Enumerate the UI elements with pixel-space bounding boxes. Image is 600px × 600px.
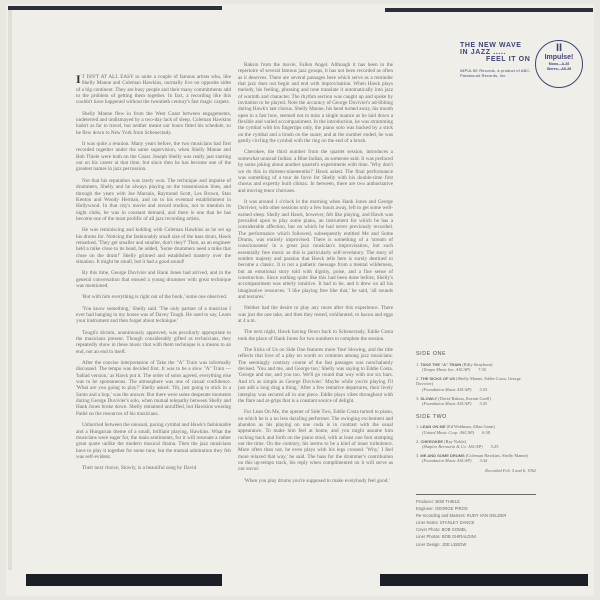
liner-paragraph: The Sicks of Us on Side One features mor…: [238, 347, 393, 404]
liner-paragraph: It was around 1 o'clock in the morning w…: [238, 199, 393, 301]
liner-paragraph: Raksin from the movie, Fallen Angel. Alt…: [238, 62, 393, 144]
credit-line: Re-recording and Masters: RUDY VAN GELDE…: [416, 512, 556, 519]
track-publisher: (Foundation Music ASCAP): [416, 387, 471, 392]
recording-date: Recorded Feb. 5 and 6, 1962: [416, 468, 536, 474]
divider: [416, 494, 536, 495]
track-publisher: (Foundation Music ASCAP): [416, 401, 471, 406]
liner-paragraph: After the concise interpretation of Take…: [76, 360, 231, 417]
liner-paragraph: 'When you play drums you're supposed to …: [238, 478, 393, 484]
credit-line: Producer: BOB THIELE: [416, 498, 556, 505]
spine-edge: [8, 10, 12, 570]
liner-paragraph: Tough's dictum, unanimously approved, wa…: [76, 330, 231, 355]
side-heading: SIDE TWO: [416, 415, 536, 421]
track-title: THE SICKS OF US: [420, 376, 455, 381]
liner-paragraph: Shelly Manne flew in from the West Coast…: [76, 111, 231, 136]
credit-line: Cover Photo: BOB GOMEL: [416, 526, 556, 533]
credit-line: Liner Photos: BOB GHIRALDINI: [416, 533, 556, 540]
track-time: 7:35: [470, 367, 486, 372]
tracklist: SIDE ONE1. TAKE THE "A" TRAIN (Billy Str…: [416, 352, 536, 474]
track-item: 2. CHEROKEE (Ray Noble)(Shapiro Bernstei…: [416, 439, 536, 450]
track-time: 5:25: [483, 444, 499, 449]
liner-paragraph: He was reminiscing and kidding with Cole…: [76, 227, 231, 265]
logo-name: Impulse!: [536, 54, 582, 62]
track-title: LEAN ON ME: [420, 424, 445, 429]
liner-paragraph: 'But with him everything is right out of…: [76, 294, 231, 300]
track-item: 2. THE SICKS OF US (Shelly Manne, Eddie …: [416, 376, 536, 393]
side-heading: SIDE ONE: [416, 352, 536, 358]
track-item: 1. TAKE THE "A" TRAIN (Billy Strayhorn)(…: [416, 362, 536, 373]
liner-paragraph: Unhurried between the unusual, pacing cy…: [76, 422, 231, 460]
track-time: 6:38: [474, 430, 490, 435]
liner-paragraph: It was quite a reunion. Many years befor…: [76, 141, 231, 173]
liner-paragraph: For Lean On Me, the opener of Side Two, …: [238, 409, 393, 472]
credit-line: Liner Notes: STANLEY DANCE: [416, 519, 556, 526]
drop-cap: I: [76, 74, 81, 84]
liner-paragraph: 'You know something,' Shelly said. 'The …: [76, 306, 231, 325]
liner-paragraph: The next night, Hawk having flown back t…: [238, 329, 393, 342]
track-publisher: (Foundation Music ASCAP): [416, 458, 471, 463]
track-composer: (David Raksin, Kermit Goell): [438, 396, 490, 401]
catalog-stereo: Stereo—AS-28: [536, 67, 582, 72]
track-time: 5:53: [471, 387, 487, 392]
credit-line: Liner Design: JOE LEBOW: [416, 541, 556, 548]
track-time: 5:25: [471, 401, 487, 406]
track-title: SLOWLY: [420, 396, 437, 401]
credit-line: Engineer: GEORGE PIROS: [416, 505, 556, 512]
liner-paragraph: Cherokee, the third number from the quar…: [238, 149, 393, 193]
bottom-left-bar: [26, 574, 222, 586]
track-item: 3. SLOWLY (David Raksin, Kermit Goell)(F…: [416, 396, 536, 407]
track-item: 1. LEAN ON ME (Ed Waldman, Allan Grant)(…: [416, 424, 536, 435]
track-publisher: (United Music Corp. ASCAP): [416, 430, 474, 435]
liner-paragraph: Their next choice, Slowly, is a beautifu…: [76, 465, 231, 471]
liner-notes-column-1: IT ISN'T AT ALL EASY to unite a couple o…: [76, 74, 231, 477]
liner-paragraph: IT ISN'T AT ALL EASY to unite a couple o…: [76, 74, 231, 106]
track-publisher: (Shapiro Bernstein & Co. ASCAP): [416, 444, 483, 449]
track-composer: (Billy Strayhorn): [462, 362, 492, 367]
track-title: CHEROKEE: [420, 439, 443, 444]
impulse-logo: II Impulse! Mono—A-28 Stereo—AS-28: [535, 40, 583, 88]
bottom-right-bar: [380, 574, 588, 586]
track-composer: (Ray Noble): [444, 439, 466, 444]
top-left-bar: [8, 6, 222, 10]
track-composer: (Ed Waldman, Allan Grant): [447, 424, 495, 429]
track-time: 3:34: [471, 458, 487, 463]
track-item: 3. ME AND SOME DRUMS (Coleman Hawkins, S…: [416, 453, 536, 464]
track-title: TAKE THE "A" TRAIN: [420, 362, 461, 367]
credits: Producer: BOB THIELEEngineer: GEORGE PIR…: [416, 498, 556, 548]
liner-paragraph: Not that his reputation was rarely won. …: [76, 178, 231, 222]
impulse-mark-icon: II: [536, 43, 582, 54]
track-publisher: (Tempo Music Inc. ASCAP): [416, 367, 470, 372]
track-title: ME AND SOME DRUMS: [420, 453, 464, 458]
liner-notes-column-2: Raksin from the movie, Fallen Angel. Alt…: [238, 62, 393, 489]
top-right-bar: [385, 8, 593, 12]
track-composer: (Coleman Hawkins, Shelly Manne): [466, 453, 528, 458]
liner-paragraph: By this time, George Duvivier and Hank J…: [76, 270, 231, 289]
liner-paragraph: Neither had the desire to play any more …: [238, 305, 393, 324]
